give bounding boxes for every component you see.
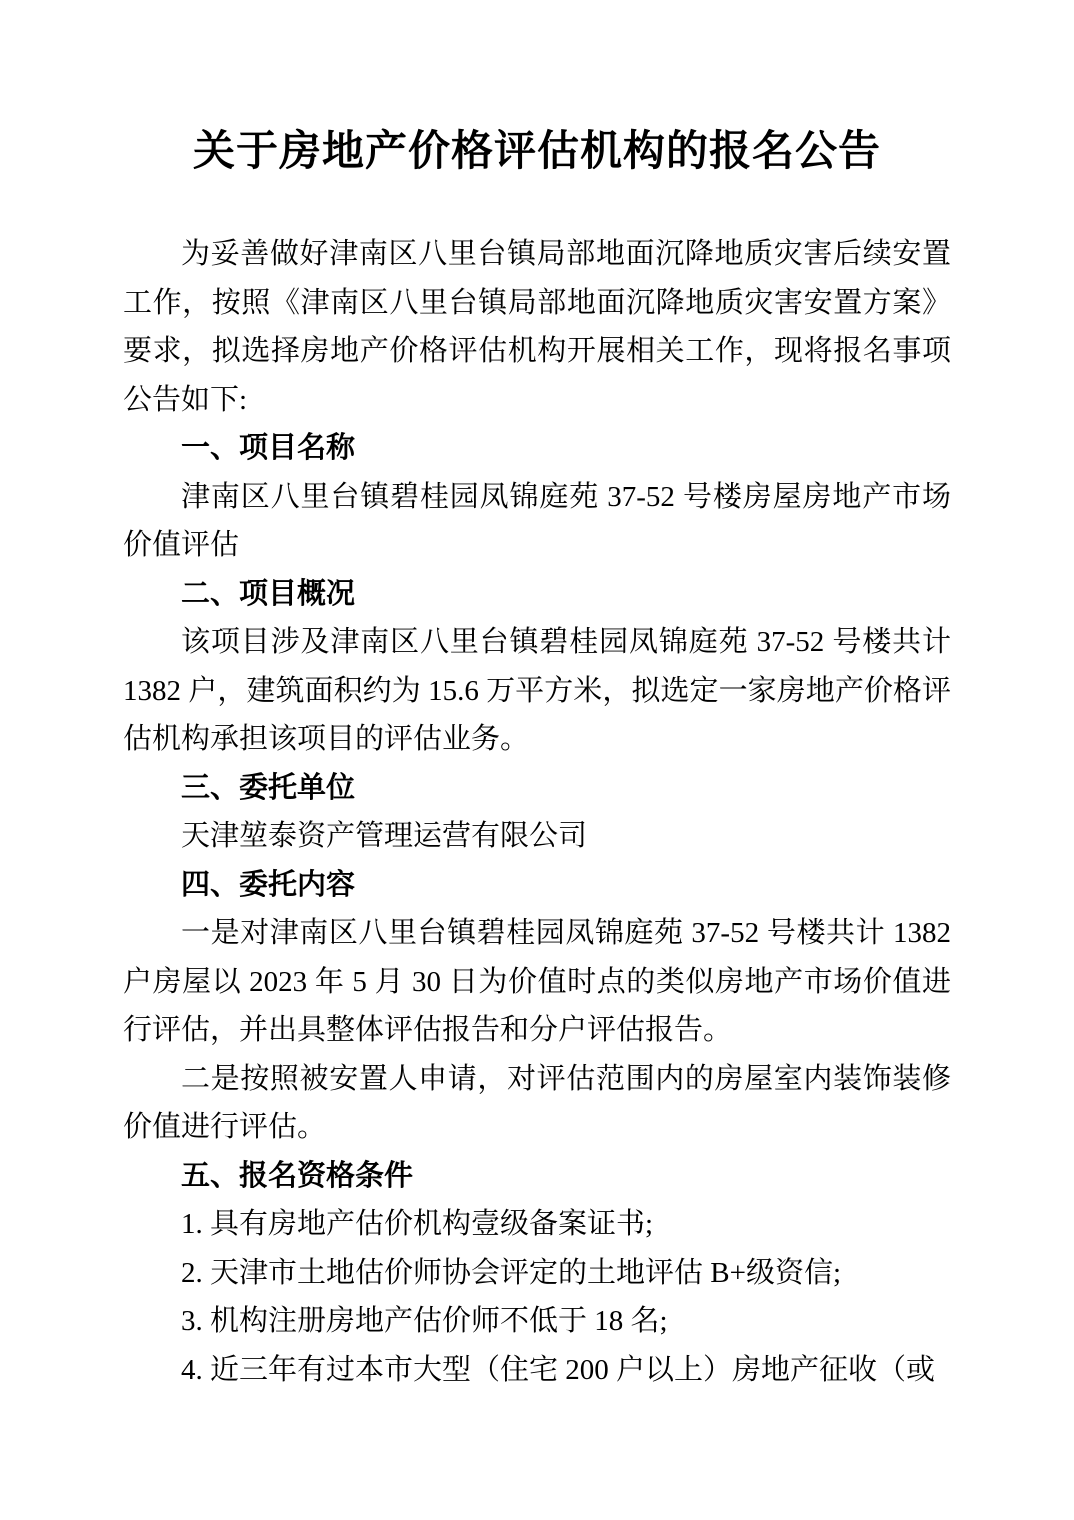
section-heading-project-name: 一、项目名称 bbox=[123, 424, 951, 473]
paragraph-commission-content-2: 二是按照被安置人申请，对评估范围内的房屋室内装饰装修价值进行评估。 bbox=[123, 1055, 951, 1152]
paragraph-commission-content-1: 一是对津南区八里台镇碧桂园凤锦庭苑 37-52 号楼共计 1382 户房屋以 2… bbox=[123, 909, 951, 1055]
requirement-item-2: 2. 天津市土地估价师协会评定的土地评估 B+级资信; bbox=[123, 1249, 951, 1298]
paragraph-intro: 为妥善做好津南区八里台镇局部地面沉降地质灾害后续安置工作，按照《津南区八里台镇局… bbox=[123, 230, 951, 424]
section-heading-qualification-requirements: 五、报名资格条件 bbox=[123, 1152, 951, 1201]
paragraph-commissioning-unit: 天津堃泰资产管理运营有限公司 bbox=[123, 812, 951, 861]
document-title: 关于房地产价格评估机构的报名公告 bbox=[123, 126, 951, 178]
document-body: 为妥善做好津南区八里台镇局部地面沉降地质灾害后续安置工作，按照《津南区八里台镇局… bbox=[123, 230, 951, 1394]
section-heading-commissioning-unit: 三、委托单位 bbox=[123, 764, 951, 813]
section-heading-commission-content: 四、委托内容 bbox=[123, 861, 951, 910]
requirement-item-4: 4. 近三年有过本市大型（住宅 200 户以上）房地产征收（或 bbox=[123, 1346, 951, 1395]
document-page: 关于房地产价格评估机构的报名公告 为妥善做好津南区八里台镇局部地面沉降地质灾害后… bbox=[0, 0, 1074, 1520]
requirement-item-3: 3. 机构注册房地产估价师不低于 18 名; bbox=[123, 1297, 951, 1346]
requirement-item-1: 1. 具有房地产估价机构壹级备案证书; bbox=[123, 1200, 951, 1249]
paragraph-project-name: 津南区八里台镇碧桂园凤锦庭苑 37-52 号楼房屋房地产市场价值评估 bbox=[123, 473, 951, 570]
paragraph-project-overview: 该项目涉及津南区八里台镇碧桂园凤锦庭苑 37-52 号楼共计 1382 户，建筑… bbox=[123, 618, 951, 764]
section-heading-project-overview: 二、项目概况 bbox=[123, 570, 951, 619]
